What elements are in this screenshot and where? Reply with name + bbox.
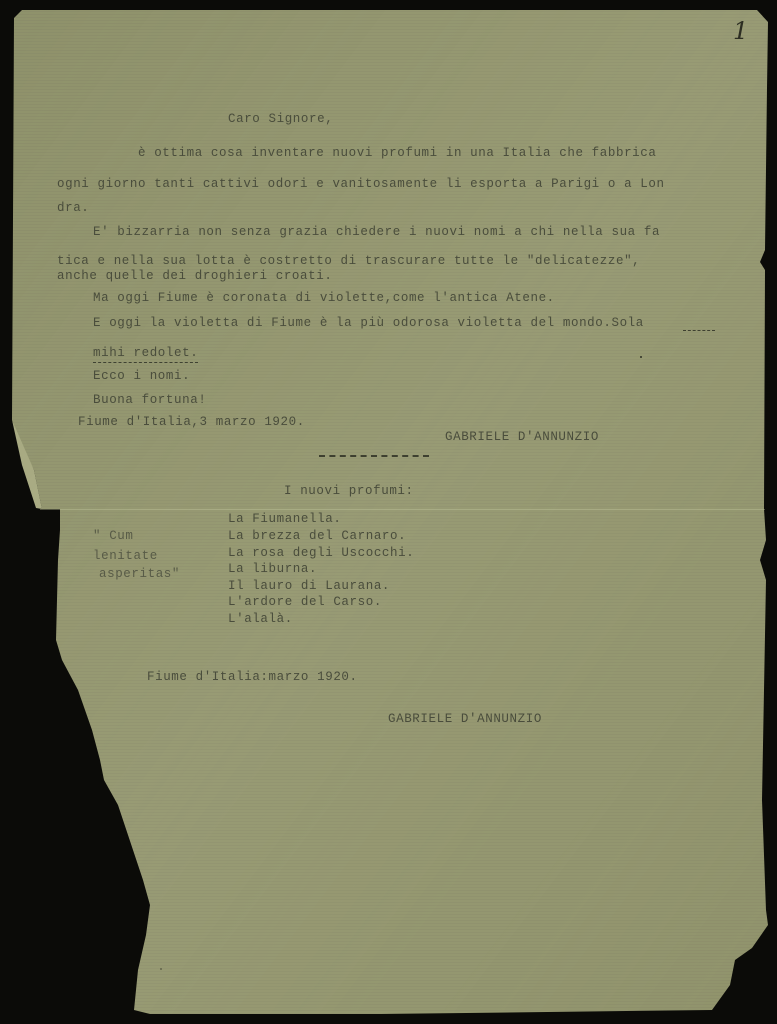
perfume-2: La brezza del Carnaro. bbox=[228, 530, 406, 543]
motto-line-1: " Cum bbox=[93, 530, 134, 543]
perfume-7: L'alalà. bbox=[228, 613, 293, 626]
body-line-1: è ottima cosa inventare nuovi profumi in… bbox=[138, 147, 656, 160]
body-line-10: Ecco i nomi. bbox=[93, 370, 190, 383]
perfume-6: L'ardore del Carso. bbox=[228, 596, 382, 609]
list-heading: I nuovi profumi: bbox=[284, 485, 414, 498]
body-line-6: anche quelle dei droghieri croati. bbox=[57, 270, 332, 283]
fold-crease bbox=[40, 509, 765, 510]
section-divider bbox=[319, 455, 429, 457]
body-line-5: tica e nella sua lotta è costretto di tr… bbox=[57, 255, 640, 268]
perfume-5: Il lauro di Laurana. bbox=[228, 580, 390, 593]
perfume-4: La liburna. bbox=[228, 563, 317, 576]
ink-speck bbox=[160, 968, 162, 970]
perfume-3: La rosa degli Uscocchi. bbox=[228, 547, 414, 560]
body-line-8: E oggi la violetta di Fiume è la più odo… bbox=[93, 317, 644, 330]
sola-underline bbox=[683, 330, 715, 331]
body-line-11: Buona fortuna! bbox=[93, 394, 206, 407]
body-line-9: mihi redolet. bbox=[93, 347, 198, 360]
motto-line-3: asperitas" bbox=[99, 568, 180, 581]
body-line-2: ogni giorno tanti cattivi odori e vanito… bbox=[57, 178, 665, 191]
page-number: 1 bbox=[733, 17, 748, 45]
motto-line-2: lenitate bbox=[93, 550, 158, 563]
closing-signature: GABRIELE D'ANNUNZIO bbox=[388, 713, 542, 726]
body-line-4: E' bizzarria non senza grazia chiedere i… bbox=[93, 226, 660, 239]
date-line: Fiume d'Italia,3 marzo 1920. bbox=[78, 416, 305, 429]
ink-speck bbox=[640, 356, 642, 358]
body-line-3: dra. bbox=[57, 202, 89, 215]
signature: GABRIELE D'ANNUNZIO bbox=[445, 431, 599, 444]
perfume-1: La Fiumanella. bbox=[228, 513, 341, 526]
latin-phrase: mihi redolet. bbox=[93, 346, 198, 363]
salutation: Caro Signore, bbox=[228, 113, 333, 126]
closing-date-line: Fiume d'Italia:marzo 1920. bbox=[147, 671, 358, 684]
body-line-7: Ma oggi Fiume è coronata di violette,com… bbox=[93, 292, 555, 305]
